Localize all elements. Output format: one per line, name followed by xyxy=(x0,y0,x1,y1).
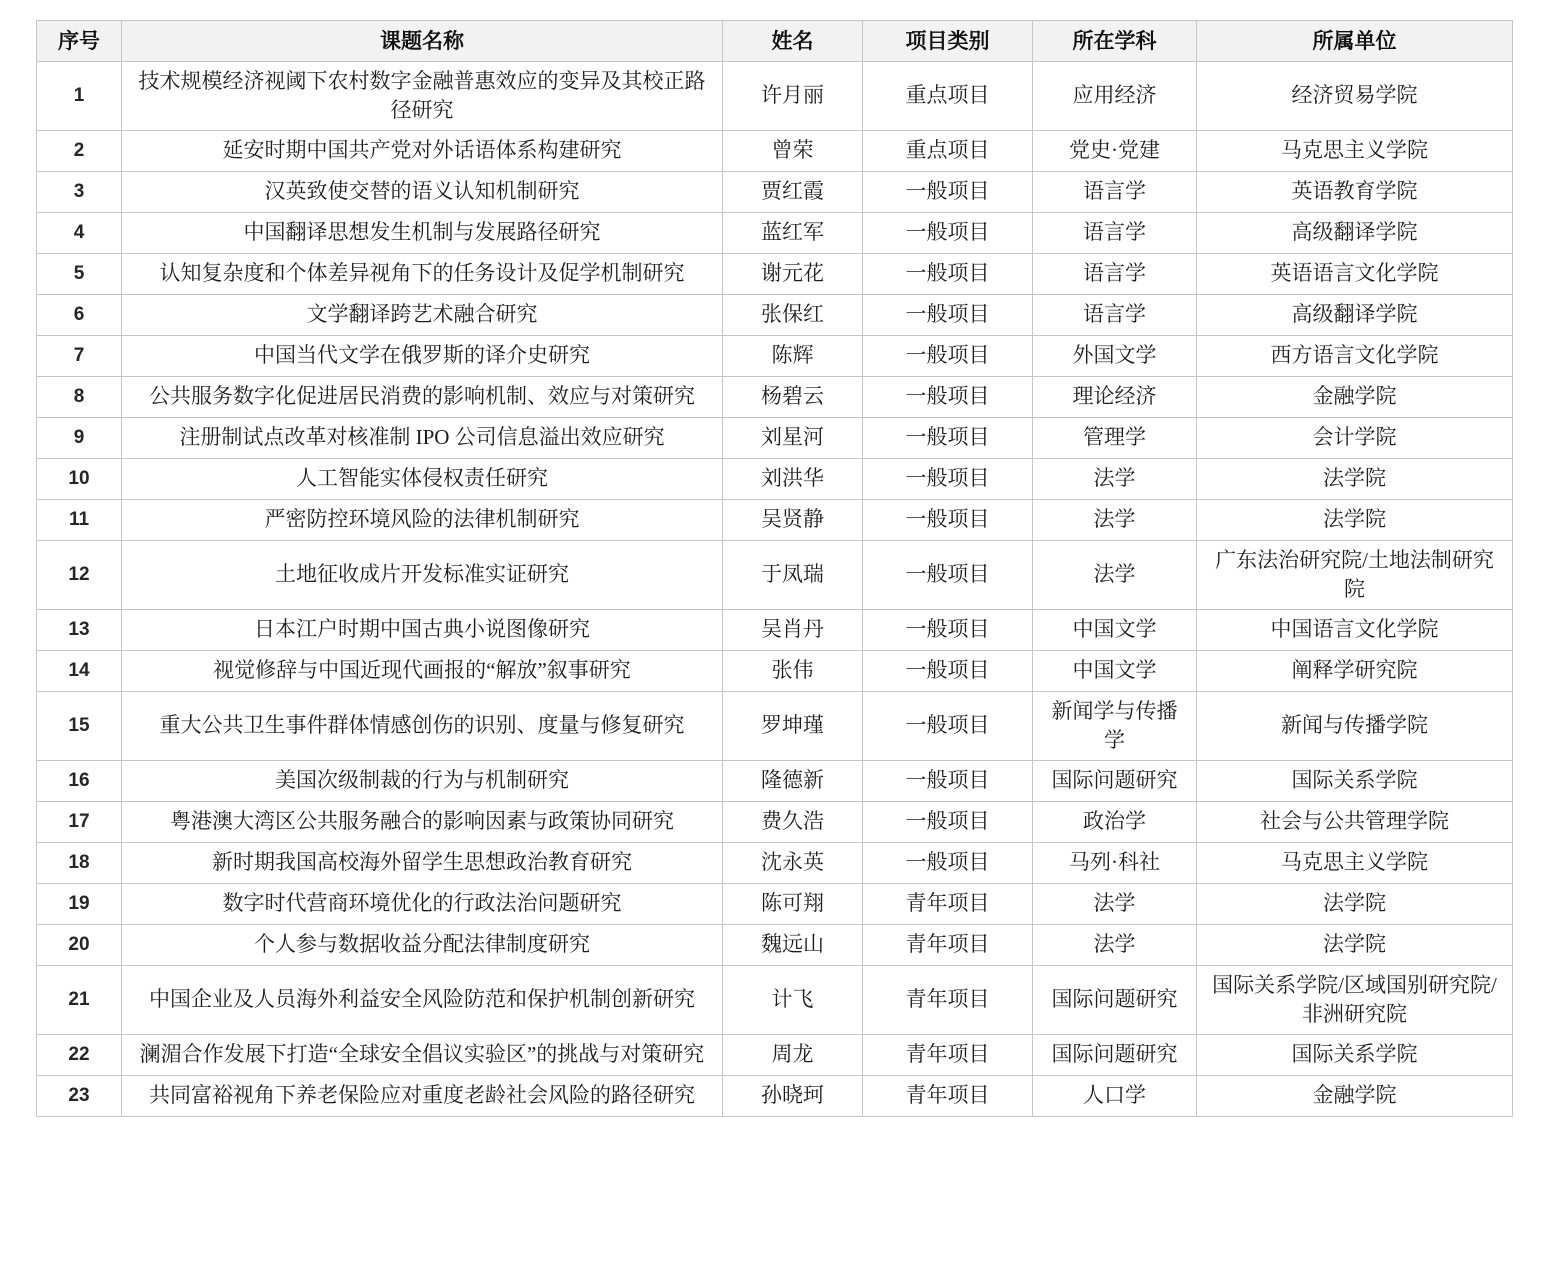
cell-name: 贾红霞 xyxy=(723,171,863,212)
cell-title: 共同富裕视角下养老保险应对重度老龄社会风险的路径研究 xyxy=(122,1075,723,1116)
cell-unit: 英语教育学院 xyxy=(1197,171,1513,212)
cell-name: 周龙 xyxy=(723,1034,863,1075)
cell-title: 中国翻译思想发生机制与发展路径研究 xyxy=(122,212,723,253)
cell-index: 9 xyxy=(37,417,122,458)
cell-title: 中国当代文学在俄罗斯的译介史研究 xyxy=(122,335,723,376)
cell-name: 吴肖丹 xyxy=(723,609,863,650)
cell-category: 一般项目 xyxy=(863,691,1033,760)
column-header-unit: 所属单位 xyxy=(1197,21,1513,62)
cell-category: 一般项目 xyxy=(863,294,1033,335)
cell-category: 一般项目 xyxy=(863,760,1033,801)
cell-unit: 国际关系学院 xyxy=(1197,760,1513,801)
cell-discipline: 应用经济 xyxy=(1033,62,1197,131)
cell-title: 土地征收成片开发标准实证研究 xyxy=(122,540,723,609)
cell-title: 新时期我国高校海外留学生思想政治教育研究 xyxy=(122,842,723,883)
cell-title: 注册制试点改革对核准制 IPO 公司信息溢出效应研究 xyxy=(122,417,723,458)
cell-index: 13 xyxy=(37,609,122,650)
cell-discipline: 外国文学 xyxy=(1033,335,1197,376)
cell-index: 6 xyxy=(37,294,122,335)
cell-index: 16 xyxy=(37,760,122,801)
cell-index: 8 xyxy=(37,376,122,417)
cell-discipline: 管理学 xyxy=(1033,417,1197,458)
cell-unit: 法学院 xyxy=(1197,499,1513,540)
cell-discipline: 政治学 xyxy=(1033,801,1197,842)
cell-index: 20 xyxy=(37,924,122,965)
cell-unit: 国际关系学院 xyxy=(1197,1034,1513,1075)
cell-name: 计飞 xyxy=(723,965,863,1034)
table-row: 8公共服务数字化促进居民消费的影响机制、效应与对策研究杨碧云一般项目理论经济金融… xyxy=(37,376,1513,417)
table-row: 11严密防控环境风险的法律机制研究吴贤静一般项目法学法学院 xyxy=(37,499,1513,540)
cell-title: 人工智能实体侵权责任研究 xyxy=(122,458,723,499)
cell-name: 吴贤静 xyxy=(723,499,863,540)
cell-discipline: 法学 xyxy=(1033,540,1197,609)
cell-discipline: 国际问题研究 xyxy=(1033,1034,1197,1075)
cell-category: 一般项目 xyxy=(863,540,1033,609)
cell-discipline: 国际问题研究 xyxy=(1033,760,1197,801)
table-row: 14视觉修辞与中国近现代画报的“解放”叙事研究张伟一般项目中国文学阐释学研究院 xyxy=(37,650,1513,691)
cell-name: 孙晓珂 xyxy=(723,1075,863,1116)
cell-unit: 法学院 xyxy=(1197,883,1513,924)
cell-discipline: 理论经济 xyxy=(1033,376,1197,417)
column-header-discipline: 所在学科 xyxy=(1033,21,1197,62)
table-row: 20个人参与数据收益分配法律制度研究魏远山青年项目法学法学院 xyxy=(37,924,1513,965)
cell-title: 日本江户时期中国古典小说图像研究 xyxy=(122,609,723,650)
cell-category: 一般项目 xyxy=(863,212,1033,253)
table-row: 19数字时代营商环境优化的行政法治问题研究陈可翔青年项目法学法学院 xyxy=(37,883,1513,924)
cell-category: 一般项目 xyxy=(863,253,1033,294)
cell-name: 谢元花 xyxy=(723,253,863,294)
cell-category: 一般项目 xyxy=(863,650,1033,691)
cell-discipline: 法学 xyxy=(1033,924,1197,965)
cell-unit: 高级翻译学院 xyxy=(1197,294,1513,335)
table-row: 3汉英致使交替的语义认知机制研究贾红霞一般项目语言学英语教育学院 xyxy=(37,171,1513,212)
cell-category: 重点项目 xyxy=(863,62,1033,131)
cell-title: 严密防控环境风险的法律机制研究 xyxy=(122,499,723,540)
cell-index: 3 xyxy=(37,171,122,212)
table-body: 1技术规模经济视阈下农村数字金融普惠效应的变异及其校正路径研究许月丽重点项目应用… xyxy=(37,62,1513,1117)
cell-category: 青年项目 xyxy=(863,883,1033,924)
cell-discipline: 法学 xyxy=(1033,883,1197,924)
cell-index: 23 xyxy=(37,1075,122,1116)
table-row: 17粤港澳大湾区公共服务融合的影响因素与政策协同研究费久浩一般项目政治学社会与公… xyxy=(37,801,1513,842)
cell-index: 4 xyxy=(37,212,122,253)
cell-category: 一般项目 xyxy=(863,842,1033,883)
table-row: 21中国企业及人员海外利益安全风险防范和保护机制创新研究计飞青年项目国际问题研究… xyxy=(37,965,1513,1034)
cell-unit: 马克思主义学院 xyxy=(1197,130,1513,171)
cell-category: 一般项目 xyxy=(863,171,1033,212)
cell-discipline: 语言学 xyxy=(1033,253,1197,294)
cell-discipline: 法学 xyxy=(1033,458,1197,499)
cell-title: 公共服务数字化促进居民消费的影响机制、效应与对策研究 xyxy=(122,376,723,417)
table-row: 22澜湄合作发展下打造“全球安全倡议实验区”的挑战与对策研究周龙青年项目国际问题… xyxy=(37,1034,1513,1075)
cell-title: 认知复杂度和个体差异视角下的任务设计及促学机制研究 xyxy=(122,253,723,294)
cell-unit: 法学院 xyxy=(1197,458,1513,499)
cell-category: 一般项目 xyxy=(863,499,1033,540)
cell-index: 22 xyxy=(37,1034,122,1075)
cell-category: 青年项目 xyxy=(863,965,1033,1034)
cell-unit: 广东法治研究院/土地法制研究院 xyxy=(1197,540,1513,609)
cell-discipline: 人口学 xyxy=(1033,1075,1197,1116)
cell-unit: 英语语言文化学院 xyxy=(1197,253,1513,294)
table-row: 16美国次级制裁的行为与机制研究隆德新一般项目国际问题研究国际关系学院 xyxy=(37,760,1513,801)
cell-title: 美国次级制裁的行为与机制研究 xyxy=(122,760,723,801)
column-header-name: 姓名 xyxy=(723,21,863,62)
cell-title: 汉英致使交替的语义认知机制研究 xyxy=(122,171,723,212)
cell-discipline: 新闻学与传播学 xyxy=(1033,691,1197,760)
table-row: 10人工智能实体侵权责任研究刘洪华一般项目法学法学院 xyxy=(37,458,1513,499)
column-header-category: 项目类别 xyxy=(863,21,1033,62)
cell-title: 澜湄合作发展下打造“全球安全倡议实验区”的挑战与对策研究 xyxy=(122,1034,723,1075)
cell-category: 一般项目 xyxy=(863,609,1033,650)
cell-index: 19 xyxy=(37,883,122,924)
cell-name: 曾荣 xyxy=(723,130,863,171)
table-row: 18新时期我国高校海外留学生思想政治教育研究沈永英一般项目马列·科社马克思主义学… xyxy=(37,842,1513,883)
cell-discipline: 法学 xyxy=(1033,499,1197,540)
cell-title: 重大公共卫生事件群体情感创伤的识别、度量与修复研究 xyxy=(122,691,723,760)
table-row: 6文学翻译跨艺术融合研究张保红一般项目语言学高级翻译学院 xyxy=(37,294,1513,335)
cell-category: 一般项目 xyxy=(863,376,1033,417)
cell-name: 沈永英 xyxy=(723,842,863,883)
cell-discipline: 中国文学 xyxy=(1033,609,1197,650)
cell-index: 11 xyxy=(37,499,122,540)
table-row: 9注册制试点改革对核准制 IPO 公司信息溢出效应研究刘星河一般项目管理学会计学… xyxy=(37,417,1513,458)
cell-name: 于凤瑞 xyxy=(723,540,863,609)
cell-name: 张保红 xyxy=(723,294,863,335)
table-row: 13日本江户时期中国古典小说图像研究吴肖丹一般项目中国文学中国语言文化学院 xyxy=(37,609,1513,650)
table-row: 2延安时期中国共产党对外话语体系构建研究曾荣重点项目党史·党建马克思主义学院 xyxy=(37,130,1513,171)
cell-title: 延安时期中国共产党对外话语体系构建研究 xyxy=(122,130,723,171)
column-header-title: 课题名称 xyxy=(122,21,723,62)
cell-name: 陈辉 xyxy=(723,335,863,376)
cell-title: 技术规模经济视阈下农村数字金融普惠效应的变异及其校正路径研究 xyxy=(122,62,723,131)
table-header-row: 序号课题名称姓名项目类别所在学科所属单位 xyxy=(37,21,1513,62)
cell-unit: 高级翻译学院 xyxy=(1197,212,1513,253)
cell-unit: 经济贸易学院 xyxy=(1197,62,1513,131)
cell-discipline: 国际问题研究 xyxy=(1033,965,1197,1034)
cell-name: 许月丽 xyxy=(723,62,863,131)
cell-name: 刘洪华 xyxy=(723,458,863,499)
cell-category: 青年项目 xyxy=(863,1075,1033,1116)
column-header-index: 序号 xyxy=(37,21,122,62)
cell-discipline: 语言学 xyxy=(1033,294,1197,335)
cell-title: 视觉修辞与中国近现代画报的“解放”叙事研究 xyxy=(122,650,723,691)
cell-index: 5 xyxy=(37,253,122,294)
cell-index: 7 xyxy=(37,335,122,376)
cell-category: 青年项目 xyxy=(863,1034,1033,1075)
cell-index: 15 xyxy=(37,691,122,760)
cell-category: 一般项目 xyxy=(863,801,1033,842)
cell-unit: 会计学院 xyxy=(1197,417,1513,458)
cell-unit: 马克思主义学院 xyxy=(1197,842,1513,883)
cell-title: 个人参与数据收益分配法律制度研究 xyxy=(122,924,723,965)
cell-unit: 法学院 xyxy=(1197,924,1513,965)
cell-name: 杨碧云 xyxy=(723,376,863,417)
cell-category: 一般项目 xyxy=(863,417,1033,458)
cell-discipline: 语言学 xyxy=(1033,171,1197,212)
cell-unit: 社会与公共管理学院 xyxy=(1197,801,1513,842)
table-row: 23共同富裕视角下养老保险应对重度老龄社会风险的路径研究孙晓珂青年项目人口学金融… xyxy=(37,1075,1513,1116)
cell-index: 17 xyxy=(37,801,122,842)
cell-name: 罗坤瑾 xyxy=(723,691,863,760)
cell-index: 10 xyxy=(37,458,122,499)
document-page: 序号课题名称姓名项目类别所在学科所属单位 1技术规模经济视阈下农村数字金融普惠效… xyxy=(0,0,1544,1284)
cell-index: 18 xyxy=(37,842,122,883)
cell-name: 蓝红军 xyxy=(723,212,863,253)
cell-index: 1 xyxy=(37,62,122,131)
cell-unit: 国际关系学院/区域国别研究院/非洲研究院 xyxy=(1197,965,1513,1034)
cell-category: 一般项目 xyxy=(863,335,1033,376)
cell-name: 隆德新 xyxy=(723,760,863,801)
cell-unit: 金融学院 xyxy=(1197,1075,1513,1116)
table-row: 12土地征收成片开发标准实证研究于凤瑞一般项目法学广东法治研究院/土地法制研究院 xyxy=(37,540,1513,609)
cell-category: 一般项目 xyxy=(863,458,1033,499)
cell-unit: 新闻与传播学院 xyxy=(1197,691,1513,760)
cell-unit: 金融学院 xyxy=(1197,376,1513,417)
cell-discipline: 语言学 xyxy=(1033,212,1197,253)
table-row: 5认知复杂度和个体差异视角下的任务设计及促学机制研究谢元花一般项目语言学英语语言… xyxy=(37,253,1513,294)
cell-name: 魏远山 xyxy=(723,924,863,965)
cell-discipline: 中国文学 xyxy=(1033,650,1197,691)
cell-name: 刘星河 xyxy=(723,417,863,458)
cell-index: 2 xyxy=(37,130,122,171)
cell-category: 重点项目 xyxy=(863,130,1033,171)
table-row: 4中国翻译思想发生机制与发展路径研究蓝红军一般项目语言学高级翻译学院 xyxy=(37,212,1513,253)
cell-name: 费久浩 xyxy=(723,801,863,842)
cell-title: 粤港澳大湾区公共服务融合的影响因素与政策协同研究 xyxy=(122,801,723,842)
cell-unit: 中国语言文化学院 xyxy=(1197,609,1513,650)
cell-index: 21 xyxy=(37,965,122,1034)
table-row: 15重大公共卫生事件群体情感创伤的识别、度量与修复研究罗坤瑾一般项目新闻学与传播… xyxy=(37,691,1513,760)
cell-discipline: 党史·党建 xyxy=(1033,130,1197,171)
cell-unit: 阐释学研究院 xyxy=(1197,650,1513,691)
cell-unit: 西方语言文化学院 xyxy=(1197,335,1513,376)
cell-name: 张伟 xyxy=(723,650,863,691)
project-list-table: 序号课题名称姓名项目类别所在学科所属单位 1技术规模经济视阈下农村数字金融普惠效… xyxy=(36,20,1513,1117)
cell-title: 数字时代营商环境优化的行政法治问题研究 xyxy=(122,883,723,924)
cell-title: 中国企业及人员海外利益安全风险防范和保护机制创新研究 xyxy=(122,965,723,1034)
cell-name: 陈可翔 xyxy=(723,883,863,924)
table-row: 7中国当代文学在俄罗斯的译介史研究陈辉一般项目外国文学西方语言文化学院 xyxy=(37,335,1513,376)
cell-category: 青年项目 xyxy=(863,924,1033,965)
cell-discipline: 马列·科社 xyxy=(1033,842,1197,883)
cell-title: 文学翻译跨艺术融合研究 xyxy=(122,294,723,335)
table-row: 1技术规模经济视阈下农村数字金融普惠效应的变异及其校正路径研究许月丽重点项目应用… xyxy=(37,62,1513,131)
cell-index: 14 xyxy=(37,650,122,691)
cell-index: 12 xyxy=(37,540,122,609)
